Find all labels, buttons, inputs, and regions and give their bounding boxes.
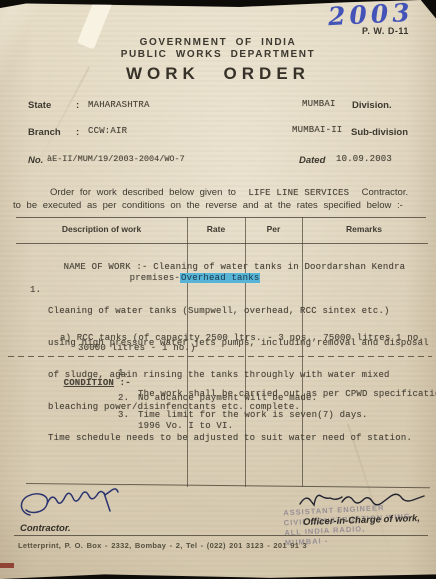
condition3-text: Time limit for the work is seven(7) days…	[138, 410, 368, 420]
scanned-work-order-document: 2003 P. W. D-11 GOVERNMENT OF INDIA PUBL…	[0, 0, 436, 579]
condition2-number: 2.	[118, 393, 129, 403]
dated-value: 10.09.2003	[336, 154, 392, 164]
branch-label: Branch	[28, 127, 61, 138]
branch-colon: :	[76, 127, 79, 138]
condition3-number: 3.	[118, 410, 129, 420]
table-top-border	[16, 217, 426, 218]
contractor-signature	[16, 487, 134, 527]
contractor-label: Contractor.	[20, 523, 71, 534]
sub-item-a-line1: a) RCC tanks (of capacity 2500 ltrs. - 3…	[60, 333, 424, 343]
highlighted-overhead-tanks: Overhead tanks	[180, 273, 260, 283]
condition2-text: No adcance payment will be made.	[138, 393, 317, 403]
footer-rule	[14, 535, 428, 536]
state-value: MAHARASHTRA	[88, 100, 150, 110]
condition-label: CONDITION :-	[30, 368, 131, 398]
number-value: àE-II/MUM/19/2003-2004/WO-7	[47, 154, 185, 164]
order-prefix: Order for work described below given to	[50, 187, 236, 198]
number-label: No.	[28, 155, 43, 166]
division-label: Division.	[352, 100, 392, 111]
org-name-line1: GOVERNMENT OF INDIA	[0, 37, 436, 48]
item1-line: Cleaning of water tanks (Sumpwell, overh…	[48, 306, 429, 317]
table-header-border	[16, 243, 428, 244]
order-paragraph-line1: Order for work described below given to …	[0, 182, 436, 200]
paper-sheet: 2003 P. W. D-11 GOVERNMENT OF INDIA PUBL…	[0, 0, 436, 579]
printer-imprint: Letterprint, P. O. Box - 2332, Bombay - …	[18, 541, 307, 550]
order-paragraph-line2: to be executed as per conditions on the …	[13, 200, 433, 211]
red-ink-mark	[0, 563, 14, 568]
dated-label: Dated	[299, 155, 325, 166]
document-title: WORK ORDER	[0, 64, 436, 84]
table-header-remarks: Remarks	[302, 224, 426, 234]
officer-signature	[296, 488, 428, 514]
org-name-line2: PUBLIC WORKS DEPARTMENT	[0, 49, 436, 60]
branch-value: CCW:AIR	[88, 126, 127, 136]
table-header-per: Per	[245, 224, 302, 234]
contractor-name: LIFE LINE SERVICES	[248, 188, 349, 198]
premises-prefix: premises-	[130, 273, 180, 283]
subdivision-value: MUMBAI-II	[292, 125, 342, 135]
state-label: State	[28, 100, 51, 111]
subdivision-label: Sub-division	[351, 127, 408, 138]
division-value: MUMBAI	[302, 99, 336, 109]
table-header-description: Description of work	[16, 224, 187, 234]
order-suffix: Contractor.	[362, 187, 408, 198]
condition1-number: 1.	[118, 368, 129, 378]
item1-number: 1.	[30, 285, 41, 295]
table-header-rate: Rate	[187, 224, 245, 234]
sub-item-a-line2: 30000 litres - 1 no.)	[78, 343, 196, 353]
section-divider-dashed-line	[8, 356, 432, 357]
form-code: P. W. D-11	[362, 26, 409, 36]
state-colon: :	[76, 100, 79, 111]
